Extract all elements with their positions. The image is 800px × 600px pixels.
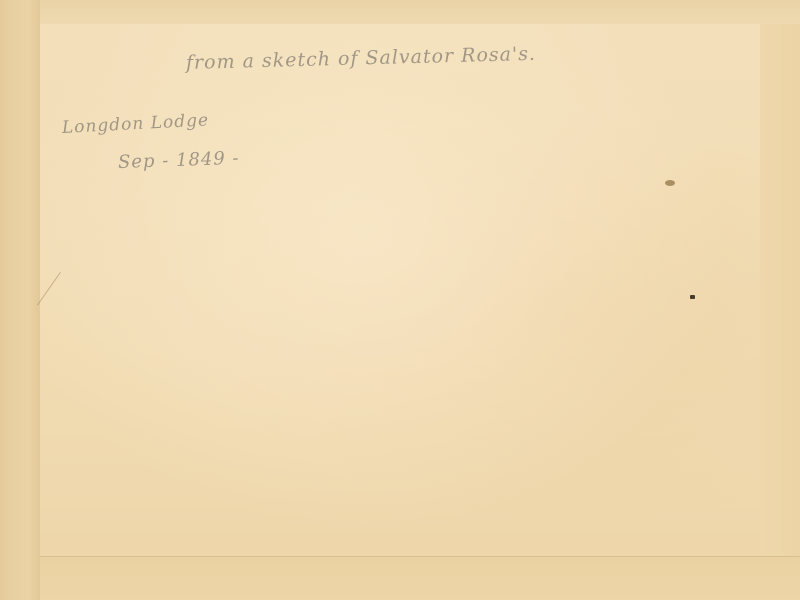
ink-speck [690,295,695,299]
backing-paper-top-edge [40,0,800,25]
backing-paper-left-edge [0,0,41,600]
inscription-date: Sep - 1849 - [118,148,240,173]
backing-paper-bottom-edge [40,556,800,600]
scanned-document: from a sketch of Salvator Rosa's. Longdo… [0,0,800,600]
foxing-stain [665,180,675,186]
backing-paper-right-edge [760,24,800,556]
mounted-paper-sheet [40,24,760,556]
